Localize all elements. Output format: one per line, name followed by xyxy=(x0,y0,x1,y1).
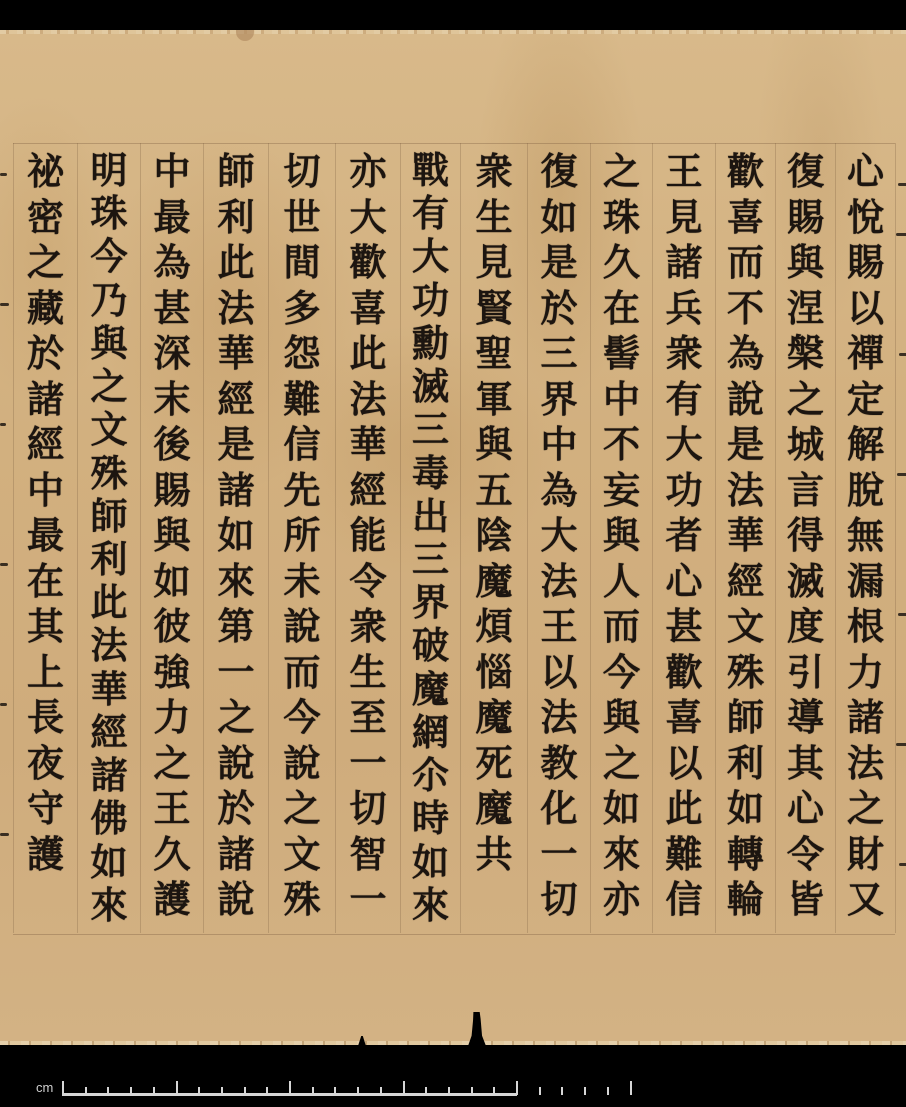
calligraphy-character: 一 xyxy=(218,650,255,696)
calligraphy-character: 珠 xyxy=(91,192,128,235)
calligraphy-character: 界 xyxy=(412,581,449,624)
calligraphy-character: 密 xyxy=(27,195,64,241)
calligraphy-character: 魔 xyxy=(476,695,513,741)
calligraphy-character: 如 xyxy=(412,841,449,884)
calligraphy-character: 教 xyxy=(541,741,578,787)
scale-minor-tick xyxy=(312,1087,314,1095)
calligraphy-character: 文 xyxy=(284,832,321,878)
calligraphy-character: 明 xyxy=(91,149,128,192)
calligraphy-character: 第 xyxy=(218,604,255,650)
calligraphy-character: 難 xyxy=(284,377,321,423)
calligraphy-character: 能 xyxy=(350,513,387,559)
calligraphy-character: 功 xyxy=(412,279,449,322)
scale-major-tick xyxy=(403,1081,405,1095)
scale-minor-tick xyxy=(493,1087,495,1095)
calligraphy-character: 是 xyxy=(218,422,255,468)
calligraphy-character: 之 xyxy=(847,786,884,832)
text-column: 之珠久在髻中不妄與人而今與之如來亦 xyxy=(590,143,652,933)
scale-major-tick xyxy=(62,1081,64,1095)
scale-minor-tick xyxy=(584,1087,586,1095)
calligraphy-character: 於 xyxy=(541,286,578,332)
calligraphy-character: 間 xyxy=(284,240,321,286)
partial-column-right-edge xyxy=(895,143,906,933)
calligraphy-character: 魔 xyxy=(476,559,513,605)
calligraphy-character: 喜 xyxy=(666,695,703,741)
scale-minor-tick xyxy=(221,1087,223,1095)
calligraphy-character: 悅 xyxy=(847,195,884,241)
calligraphy-character: 來 xyxy=(91,884,128,927)
calligraphy-character: 經 xyxy=(350,468,387,514)
calligraphy-character: 文 xyxy=(91,408,128,451)
calligraphy-character: 之 xyxy=(787,377,824,423)
calligraphy-character: 今 xyxy=(284,695,321,741)
calligraphy-character: 諸 xyxy=(218,832,255,878)
calligraphy-character: 歡 xyxy=(350,240,387,286)
text-column: 復如是於三界中為大法王以法教化一切 xyxy=(527,143,590,933)
calligraphy-character: 兵 xyxy=(666,286,703,332)
calligraphy-character: 大 xyxy=(412,235,449,278)
scale-minor-tick xyxy=(85,1087,87,1095)
calligraphy-character: 怨 xyxy=(284,331,321,377)
calligraphy-character: 城 xyxy=(787,422,824,468)
calligraphy-character: 殊 xyxy=(284,877,321,923)
calligraphy-character: 勳 xyxy=(412,322,449,365)
scale-minor-tick xyxy=(130,1087,132,1095)
calligraphy-character: 師 xyxy=(727,695,764,741)
calligraphy-character: 經 xyxy=(218,377,255,423)
calligraphy-character: 共 xyxy=(476,832,513,878)
calligraphy-character: 華 xyxy=(218,331,255,377)
calligraphy-character: 軍 xyxy=(476,377,513,423)
calligraphy-character: 如 xyxy=(154,559,191,605)
calligraphy-character: 尒 xyxy=(412,754,449,797)
calligraphy-character: 解 xyxy=(847,422,884,468)
calligraphy-character: 利 xyxy=(218,195,255,241)
calligraphy-character: 深 xyxy=(154,331,191,377)
calligraphy-character: 久 xyxy=(603,240,640,286)
calligraphy-character: 與 xyxy=(154,513,191,559)
calligraphy-character: 亦 xyxy=(603,877,640,923)
calligraphy-character: 三 xyxy=(412,538,449,581)
scale-minor-tick xyxy=(266,1087,268,1095)
calligraphy-character: 夜 xyxy=(27,741,64,787)
calligraphy-character: 定 xyxy=(847,377,884,423)
calligraphy-character: 五 xyxy=(476,468,513,514)
calligraphy-character: 如 xyxy=(541,195,578,241)
calligraphy-character: 之 xyxy=(154,741,191,787)
calligraphy-character: 歡 xyxy=(666,650,703,696)
calligraphy-character: 諸 xyxy=(847,695,884,741)
calligraphy-character: 佛 xyxy=(91,797,128,840)
calligraphy-character: 之 xyxy=(284,786,321,832)
calligraphy-character: 其 xyxy=(787,741,824,787)
calligraphy-character: 說 xyxy=(284,604,321,650)
calligraphy-character: 利 xyxy=(727,741,764,787)
scale-minor-tick xyxy=(380,1087,382,1095)
calligraphy-character: 法 xyxy=(218,286,255,332)
calligraphy-character: 衆 xyxy=(350,604,387,650)
calligraphy-character: 引 xyxy=(787,650,824,696)
calligraphy-character: 衆 xyxy=(476,149,513,195)
calligraphy-character: 而 xyxy=(727,240,764,286)
calligraphy-character: 為 xyxy=(541,468,578,514)
calligraphy-character: 法 xyxy=(350,377,387,423)
text-column: 復賜與涅槃之城言得滅度引導其心令皆 xyxy=(775,143,835,933)
calligraphy-character: 未 xyxy=(284,559,321,605)
calligraphy-character: 大 xyxy=(541,513,578,559)
calligraphy-character: 護 xyxy=(27,832,64,878)
calligraphy-character: 祕 xyxy=(27,149,64,195)
calligraphy-character: 脫 xyxy=(847,468,884,514)
calligraphy-character: 經 xyxy=(91,711,128,754)
calligraphy-character: 大 xyxy=(666,422,703,468)
calligraphy-character: 力 xyxy=(154,695,191,741)
calligraphy-character: 界 xyxy=(541,377,578,423)
calligraphy-character: 而 xyxy=(284,650,321,696)
calligraphy-character: 毒 xyxy=(412,452,449,495)
calligraphy-character: 此 xyxy=(350,331,387,377)
calligraphy-character: 華 xyxy=(350,422,387,468)
calligraphy-character: 令 xyxy=(787,832,824,878)
calligraphy-character: 是 xyxy=(541,240,578,286)
scale-minor-tick xyxy=(153,1087,155,1095)
calligraphy-character: 人 xyxy=(603,559,640,605)
calligraphy-character: 皆 xyxy=(787,877,824,923)
scale-major-tick xyxy=(630,1081,632,1095)
calligraphy-character: 不 xyxy=(727,286,764,332)
calligraphy-character: 珠 xyxy=(603,195,640,241)
calligraphy-character: 導 xyxy=(787,695,824,741)
calligraphy-character: 心 xyxy=(787,786,824,832)
text-column: 明珠今乃與之文殊師利此法華經諸佛如來 xyxy=(77,143,140,933)
calligraphy-character: 切 xyxy=(284,149,321,195)
calligraphy-character: 末 xyxy=(154,377,191,423)
calligraphy-character: 槃 xyxy=(787,331,824,377)
calligraphy-character: 有 xyxy=(666,377,703,423)
calligraphy-character: 師 xyxy=(218,149,255,195)
calligraphy-character: 是 xyxy=(727,422,764,468)
calligraphy-character: 見 xyxy=(476,240,513,286)
calligraphy-character: 之 xyxy=(603,149,640,195)
calligraphy-character: 衆 xyxy=(666,331,703,377)
calligraphy-character: 難 xyxy=(666,832,703,878)
calligraphy-character: 之 xyxy=(91,365,128,408)
calligraphy-character: 今 xyxy=(603,650,640,696)
calligraphy-character: 之 xyxy=(603,741,640,787)
text-column: 切世間多怨難信先所未說而今說之文殊 xyxy=(268,143,335,933)
calligraphy-character: 彼 xyxy=(154,604,191,650)
calligraphy-character: 以 xyxy=(847,286,884,332)
calligraphy-character: 於 xyxy=(27,331,64,377)
calligraphy-character: 根 xyxy=(847,604,884,650)
text-column: 祕密之藏於諸經中最在其上長夜守護 xyxy=(13,143,77,933)
scale-minor-tick xyxy=(539,1087,541,1095)
calligraphy-character: 如 xyxy=(218,513,255,559)
calligraphy-character: 化 xyxy=(541,786,578,832)
calligraphy-character: 與 xyxy=(91,322,128,365)
calligraphy-character: 說 xyxy=(727,377,764,423)
scale-unit-label: cm xyxy=(36,1080,53,1096)
calligraphy-character: 殊 xyxy=(91,452,128,495)
scale-major-tick xyxy=(176,1081,178,1095)
calligraphy-character: 賜 xyxy=(787,195,824,241)
calligraphy-character: 財 xyxy=(847,832,884,878)
calligraphy-character: 為 xyxy=(727,331,764,377)
calligraphy-character: 功 xyxy=(666,468,703,514)
calligraphy-character: 網 xyxy=(412,711,449,754)
calligraphy-character: 諸 xyxy=(666,240,703,286)
calligraphy-character: 最 xyxy=(154,195,191,241)
calligraphy-character: 見 xyxy=(666,195,703,241)
calligraphy-character: 法 xyxy=(847,741,884,787)
text-column: 心悅賜以禪定解脫無漏根力諸法之財又 xyxy=(835,143,895,933)
calligraphy-character: 最 xyxy=(27,513,64,559)
calligraphy-character: 中 xyxy=(603,377,640,423)
scale-minor-tick xyxy=(561,1087,563,1095)
calligraphy-character: 令 xyxy=(350,559,387,605)
scale-minor-tick xyxy=(334,1087,336,1095)
calligraphy-character: 此 xyxy=(91,581,128,624)
scale-minor-tick xyxy=(198,1087,200,1095)
calligraphy-character: 心 xyxy=(666,559,703,605)
calligraphy-character: 所 xyxy=(284,513,321,559)
calligraphy-character: 於 xyxy=(218,786,255,832)
calligraphy-character: 長 xyxy=(27,695,64,741)
calligraphy-character: 切 xyxy=(541,877,578,923)
calligraphy-character: 此 xyxy=(666,786,703,832)
text-column: 戰有大功勳滅三毒出三界破魔網尒時如來 xyxy=(400,143,460,933)
scale-minor-tick xyxy=(357,1087,359,1095)
scale-minor-tick xyxy=(448,1087,450,1095)
calligraphy-character: 又 xyxy=(847,877,884,923)
calligraphy-character: 力 xyxy=(847,650,884,696)
calligraphy-character: 亦 xyxy=(350,149,387,195)
calligraphy-character: 得 xyxy=(787,513,824,559)
calligraphy-character: 惱 xyxy=(476,650,513,696)
calligraphy-character: 心 xyxy=(847,149,884,195)
calligraphy-character: 先 xyxy=(284,468,321,514)
calligraphy-character: 一 xyxy=(541,832,578,878)
calligraphy-character: 中 xyxy=(27,468,64,514)
calligraphy-character: 一 xyxy=(350,741,387,787)
calligraphy-character: 與 xyxy=(476,422,513,468)
scale-minor-tick xyxy=(471,1087,473,1095)
calligraphy-character: 賜 xyxy=(154,468,191,514)
calligraphy-character: 甚 xyxy=(154,286,191,332)
calligraphy-character: 法 xyxy=(91,624,128,667)
calligraphy-character: 喜 xyxy=(727,195,764,241)
calligraphy-character: 度 xyxy=(787,604,824,650)
calligraphy-character: 法 xyxy=(541,695,578,741)
calligraphy-character: 輪 xyxy=(727,877,764,923)
calligraphy-character: 破 xyxy=(412,624,449,667)
calligraphy-character: 與 xyxy=(603,695,640,741)
calligraphy-character: 來 xyxy=(218,559,255,605)
calligraphy-character: 強 xyxy=(154,650,191,696)
calligraphy-character: 出 xyxy=(412,495,449,538)
calligraphy-character: 不 xyxy=(603,422,640,468)
calligraphy-character: 智 xyxy=(350,832,387,878)
calligraphy-character: 乃 xyxy=(91,279,128,322)
calligraphy-character: 利 xyxy=(91,538,128,581)
centimeter-scale-bar: cm xyxy=(36,1072,866,1102)
calligraphy-character: 中 xyxy=(541,422,578,468)
text-column: 亦大歡喜此法華經能令衆生至一切智一 xyxy=(335,143,400,933)
calligraphy-character: 在 xyxy=(27,559,64,605)
calligraphy-character: 復 xyxy=(541,149,578,195)
calligraphy-character: 信 xyxy=(666,877,703,923)
calligraphy-character: 以 xyxy=(541,650,578,696)
calligraphy-character: 禪 xyxy=(847,331,884,377)
calligraphy-character: 法 xyxy=(541,559,578,605)
calligraphy-character: 以 xyxy=(666,741,703,787)
calligraphy-character: 戰 xyxy=(412,149,449,192)
calligraphy-character: 殊 xyxy=(727,650,764,696)
calligraphy-character: 一 xyxy=(350,877,387,923)
calligraphy-character: 甚 xyxy=(666,604,703,650)
calligraphy-character: 此 xyxy=(218,240,255,286)
calligraphy-character: 聖 xyxy=(476,331,513,377)
calligraphy-character: 守 xyxy=(27,786,64,832)
calligraphy-character: 王 xyxy=(154,786,191,832)
calligraphy-character: 信 xyxy=(284,422,321,468)
calligraphy-character: 如 xyxy=(603,786,640,832)
scale-minor-tick xyxy=(244,1087,246,1095)
calligraphy-character: 賜 xyxy=(847,240,884,286)
text-column: 王見諸兵衆有大功者心甚歡喜以此難信 xyxy=(652,143,715,933)
calligraphy-character: 煩 xyxy=(476,604,513,650)
calligraphy-character: 來 xyxy=(412,884,449,927)
calligraphy-character: 來 xyxy=(603,832,640,878)
calligraphy-character: 後 xyxy=(154,422,191,468)
text-column: 衆生見賢聖軍與五陰魔煩惱魔死魔共 xyxy=(460,143,527,933)
scale-major-tick xyxy=(516,1081,518,1095)
calligraphy-character: 文 xyxy=(727,604,764,650)
calligraphy-character: 今 xyxy=(91,235,128,278)
text-column: 師利此法華經是諸如來第一之說於諸說 xyxy=(203,143,268,933)
text-column: 中最為甚深末後賜與如彼強力之王久護 xyxy=(140,143,203,933)
calligraphy-character: 滅 xyxy=(787,559,824,605)
calligraphy-character: 生 xyxy=(350,650,387,696)
calligraphy-character: 至 xyxy=(350,695,387,741)
calligraphy-character: 而 xyxy=(603,604,640,650)
calligraphy-character: 與 xyxy=(603,513,640,559)
calligraphy-character: 華 xyxy=(91,668,128,711)
calligraphy-character: 師 xyxy=(91,495,128,538)
calligraphy-character: 如 xyxy=(91,841,128,884)
scale-major-tick xyxy=(289,1081,291,1095)
scale-minor-tick xyxy=(607,1087,609,1095)
calligraphy-character: 華 xyxy=(727,513,764,559)
calligraphy-character: 喜 xyxy=(350,286,387,332)
calligraphy-character: 歡 xyxy=(727,149,764,195)
calligraphy-character: 妄 xyxy=(603,468,640,514)
calligraphy-character: 如 xyxy=(727,786,764,832)
calligraphy-character: 世 xyxy=(284,195,321,241)
calligraphy-character: 上 xyxy=(27,650,64,696)
calligraphy-character: 時 xyxy=(412,797,449,840)
scale-minor-tick xyxy=(107,1087,109,1095)
calligraphy-character: 死 xyxy=(476,741,513,787)
calligraphy-character: 多 xyxy=(284,286,321,332)
calligraphy-character: 之 xyxy=(218,695,255,741)
calligraphy-character: 經 xyxy=(27,422,64,468)
calligraphy-character: 為 xyxy=(154,240,191,286)
partial-column-left-edge xyxy=(0,143,13,933)
scale-minor-tick xyxy=(425,1087,427,1095)
calligraphy-character: 法 xyxy=(727,468,764,514)
calligraphy-character: 無 xyxy=(847,513,884,559)
calligraphy-character: 賢 xyxy=(476,286,513,332)
calligraphy-character: 經 xyxy=(727,559,764,605)
calligraphy-character: 滅 xyxy=(412,365,449,408)
calligraphy-character: 在 xyxy=(603,286,640,332)
calligraphy-character: 者 xyxy=(666,513,703,559)
calligraphy-character: 三 xyxy=(541,331,578,377)
calligraphy-character: 魔 xyxy=(412,668,449,711)
calligraphy-character: 中 xyxy=(154,149,191,195)
calligraphy-character: 切 xyxy=(350,786,387,832)
calligraphy-character: 護 xyxy=(154,877,191,923)
calligraphy-character: 其 xyxy=(27,604,64,650)
calligraphy-character: 諸 xyxy=(218,468,255,514)
calligraphy-character: 諸 xyxy=(27,377,64,423)
calligraphy-character: 有 xyxy=(412,192,449,235)
calligraphy-character: 王 xyxy=(666,149,703,195)
calligraphy-character: 轉 xyxy=(727,832,764,878)
calligraphy-character: 復 xyxy=(787,149,824,195)
calligraphy-character: 言 xyxy=(787,468,824,514)
calligraphy-character: 涅 xyxy=(787,286,824,332)
calligraphy-character: 諸 xyxy=(91,754,128,797)
calligraphy-character: 生 xyxy=(476,195,513,241)
calligraphy-character: 藏 xyxy=(27,286,64,332)
calligraphy-character: 說 xyxy=(218,877,255,923)
calligraphy-character: 漏 xyxy=(847,559,884,605)
calligraphy-character: 陰 xyxy=(476,513,513,559)
calligraphy-character: 說 xyxy=(284,741,321,787)
calligraphy-character: 與 xyxy=(787,240,824,286)
calligraphy-character: 說 xyxy=(218,741,255,787)
calligraphy-character: 大 xyxy=(350,195,387,241)
text-column: 歡喜而不為說是法華經文殊師利如轉輪 xyxy=(715,143,775,933)
calligraphy-character: 三 xyxy=(412,408,449,451)
calligraphy-character: 髻 xyxy=(603,331,640,377)
calligraphy-character: 久 xyxy=(154,832,191,878)
calligraphy-character: 之 xyxy=(27,240,64,286)
calligraphy-character: 王 xyxy=(541,604,578,650)
calligraphy-character: 魔 xyxy=(476,786,513,832)
